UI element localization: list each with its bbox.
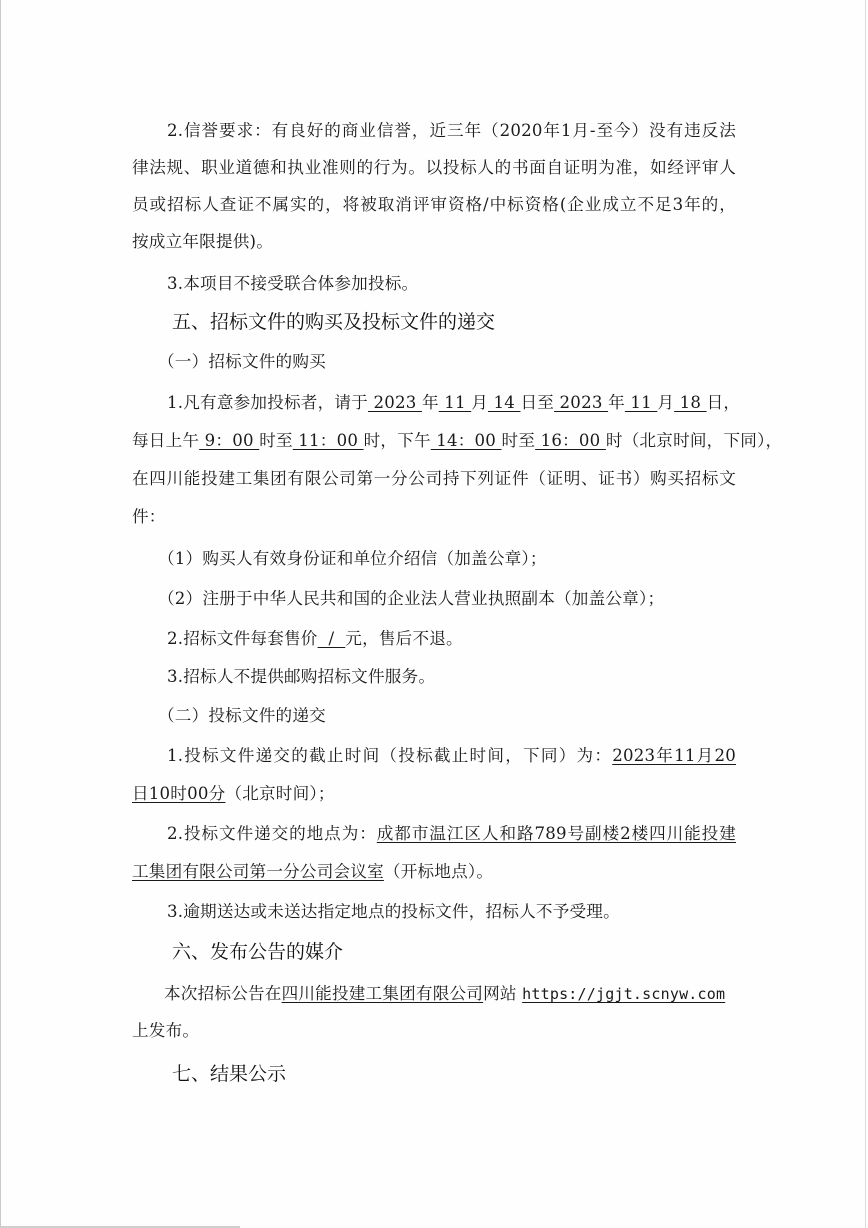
credit-requirement-line-1: 2.信誉要求：有良好的商业信誉，近三年（2020年1月-至今）没有违反法 (167, 120, 736, 142)
price-value: / (318, 629, 346, 648)
credit-requirement-line-3: 员或招标人查证不属实的，将被取消评审资格/中标资格(企业成立不足3年的， (132, 194, 736, 216)
required-doc-2: （2）注册于中华人民共和国的企业法人营业执照副本（加盖公章）； (158, 588, 762, 610)
start-year: 2023 (368, 393, 422, 412)
document-page: 2.信誉要求：有良好的商业信誉，近三年（2020年1月-至今）没有违反法 律法规… (0, 0, 868, 1228)
purchase-location-line-end: 件： (132, 506, 736, 528)
am-start-time: 9：00 (199, 431, 259, 450)
location-prefix: 2.投标文件递交的地点为： (167, 824, 377, 843)
label-to: 时至 (502, 431, 536, 450)
end-day: 18 (674, 393, 706, 412)
submission-deadline-line-2: 日10时00分（北京时间）； (132, 783, 736, 805)
late-submission-note: 3.逾期送达或未送达指定地点的投标文件，招标人不予受理。 (167, 901, 771, 923)
start-day: 14 (488, 393, 520, 412)
submission-location-line-1: 2.投标文件递交的地点为：成都市温江区人和路789号副楼2楼四川能投建 (167, 823, 736, 845)
hours-suffix: 时（北京时间，下同）， (606, 431, 782, 450)
purchase-period-prefix: 1.凡有意参加投标者，请于 (167, 393, 368, 412)
am-end-time: 11：00 (293, 431, 364, 450)
media-line-2: 上发布。 (132, 1020, 736, 1042)
media-prefix: 本次招标公告在 (164, 984, 282, 1003)
location-suffix: （开标地点）。 (384, 862, 493, 881)
no-mail-order-note: 3.招标人不提供邮购招标文件服务。 (167, 666, 771, 688)
end-month: 11 (625, 393, 657, 412)
hours-prefix: 每日上午 (132, 431, 199, 450)
credit-requirement-line-2: 律法规、职业道德和执业准则的行为。以投标人的书面自证明为准，如经评审人 (132, 157, 736, 179)
label-year: 年 (608, 393, 625, 412)
location-address-cont: 工集团有限公司第一分公司会议室 (132, 862, 384, 881)
consortium-note: 3.本项目不接受联合体参加投标。 (167, 273, 771, 295)
deadline-suffix: （北京时间）； (225, 784, 334, 803)
purchase-period-line-1: 1.凡有意参加投标者，请于 2023 年 11 月 14 日至 2023 年 1… (167, 392, 736, 414)
label-day-to: 日至 (520, 393, 554, 412)
media-mid: 网站 (483, 984, 522, 1003)
label-pm: 时，下午 (364, 431, 431, 450)
label-year: 年 (422, 393, 439, 412)
purchase-location-line: 在四川能投建工集团有限公司第一分公司持下列证件（证明、证书）购买招标文 (132, 468, 736, 490)
label-to: 时至 (259, 431, 293, 450)
label-month: 月 (657, 393, 674, 412)
price-prefix: 2.招标文件每套售价 (167, 629, 318, 648)
section-6-heading: 六、发布公告的媒介 (172, 940, 343, 964)
website-link[interactable]: https://jgjt.scnyw.com (522, 985, 725, 1003)
submission-location-line-2: 工集团有限公司第一分公司会议室（开标地点）。 (132, 861, 736, 883)
media-line-1: 本次招标公告在四川能投建工集团有限公司网站 https://jgjt.scnyw… (164, 983, 736, 1005)
end-year: 2023 (554, 393, 608, 412)
label-day-end: 日， (707, 393, 741, 412)
pm-start-time: 14：00 (431, 431, 502, 450)
subsection-submission-title: （二）投标文件的递交 (158, 705, 762, 727)
deadline-prefix: 1.投标文件递交的截止时间（投标截止时间，下同）为： (167, 746, 612, 765)
subsection-purchase-title: （一）招标文件的购买 (158, 351, 762, 373)
deadline-time: 日10时00分 (132, 784, 225, 803)
required-doc-1: （1）购买人有效身份证和单位介绍信（加盖公章）； (158, 548, 762, 570)
credit-requirement-line-4: 按成立年限提供)。 (132, 231, 736, 253)
org-name: 四川能投建工集团有限公司 (282, 984, 484, 1003)
section-7-heading: 七、结果公示 (172, 1062, 286, 1086)
section-5-heading: 五、招标文件的购买及投标文件的递交 (172, 310, 495, 334)
document-price-line: 2.招标文件每套售价 / 元，售后不退。 (167, 628, 771, 650)
scan-edge-left (0, 0, 1, 1228)
price-suffix: 元，售后不退。 (345, 629, 463, 648)
deadline-date: 2023年11月20 (612, 746, 736, 765)
label-month: 月 (471, 393, 488, 412)
pm-end-time: 16：00 (535, 431, 606, 450)
location-address: 成都市温江区人和路789号副楼2楼四川能投建 (377, 824, 736, 843)
submission-deadline-line-1: 1.投标文件递交的截止时间（投标截止时间，下同）为：2023年11月20 (167, 745, 736, 767)
purchase-hours-line: 每日上午 9：00 时至 11：00 时，下午 14：00 时至 16：00 时… (132, 430, 736, 452)
start-month: 11 (439, 393, 471, 412)
scan-edge-right (865, 0, 866, 1228)
